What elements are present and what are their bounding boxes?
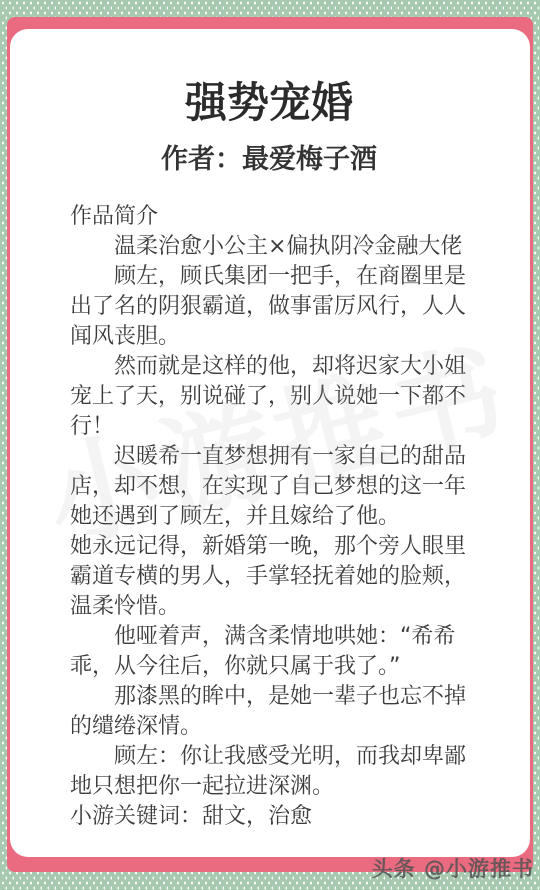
bottom-right-watermark: 头条 @小游推书 [372,853,534,883]
card-content: 强势宠婚 作者：最爱梅子酒 作品简介 温柔治愈小公主×偏执阴冷金融大佬 顾左，顾… [10,29,530,832]
keywords-line: 小游关键词：甜文，治愈 [70,802,470,832]
synopsis-block: 作品简介 温柔治愈小公主×偏执阴冷金融大佬 顾左，顾氏集团一把手，在商圈里是出了… [70,202,470,832]
synopsis-paragraph: 他哑着声，满含柔情地哄她：“希希乖，从今往后，你就只属于我了。” [70,622,470,682]
book-title: 强势宠婚 [70,79,468,127]
synopsis-paragraph: 顾左，顾氏集团一把手，在商圈里是出了名的阴狠霸道，做事雷厉风行，人人闻风丧胆。 [70,262,470,352]
author-line: 作者：最爱梅子酒 [70,137,468,176]
synopsis-paragraph: 她永远记得，新婚第一晚，那个旁人眼里霸道专横的男人，手掌轻抚着她的脸颊，温柔怜惜… [70,532,470,622]
synopsis-paragraph: 顾左：你让我感受光明，而我却卑鄙地只想把你一起拉进深渊。 [70,742,470,802]
synopsis-paragraph: 那漆黑的眸中，是她一辈子也忘不掉的缱绻深情。 [70,682,470,742]
content-card: 小游推书 强势宠婚 作者：最爱梅子酒 作品简介 温柔治愈小公主×偏执阴冷金融大佬… [10,29,530,857]
synopsis-paragraph: 温柔治愈小公主×偏执阴冷金融大佬 [70,232,470,262]
page-background: 小游推书 强势宠婚 作者：最爱梅子酒 作品简介 温柔治愈小公主×偏执阴冷金融大佬… [0,0,540,890]
synopsis-paragraph: 迟暖希一直梦想拥有一家自己的甜品店，却不想，在实现了自己梦想的这一年她还遇到了顾… [70,442,470,532]
section-label: 作品简介 [70,202,470,232]
pink-frame: 小游推书 强势宠婚 作者：最爱梅子酒 作品简介 温柔治愈小公主×偏执阴冷金融大佬… [7,17,533,872]
synopsis-paragraph: 然而就是这样的他，却将迟家大小姐宠上了天，别说碰了，别人说她一下都不行！ [70,352,470,442]
